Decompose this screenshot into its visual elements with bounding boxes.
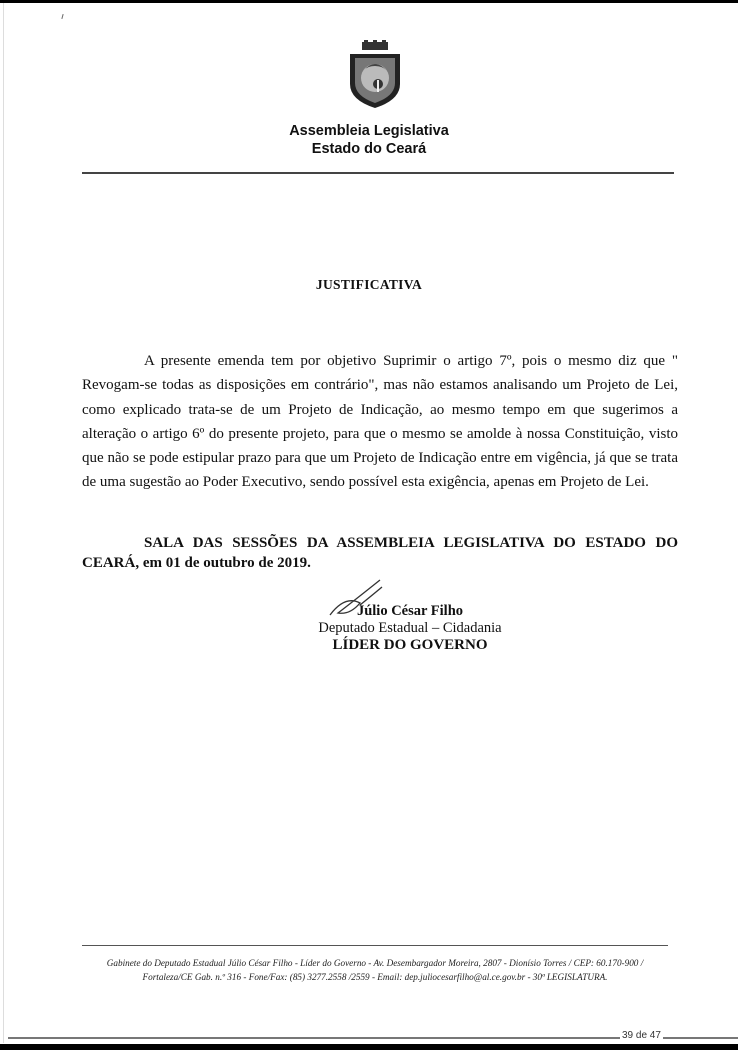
closing-statement: SALA DAS SESSÕES DA ASSEMBLEIA LEGISLATI… xyxy=(82,533,678,573)
footer-address-line1: Gabinete do Deputado Estadual Júlio Césa… xyxy=(60,958,690,968)
state-name: Estado do Ceará xyxy=(0,141,738,157)
footer-address-line2: Fortaleza/CE Gab. n.º 316 - Fone/Fax: (8… xyxy=(60,972,690,982)
document-title: JUSTIFICATIVA xyxy=(0,277,738,293)
scan-top-border xyxy=(0,0,738,3)
scan-bottom-border xyxy=(0,1044,738,1050)
institution-name: Assembleia Legislativa xyxy=(0,123,738,139)
scan-left-edge xyxy=(3,3,4,1043)
signer-name: Júlio César Filho xyxy=(220,603,600,620)
header-divider xyxy=(82,172,674,174)
ceara-coat-of-arms-icon xyxy=(344,40,406,110)
signer-role: Deputado Estadual – Cidadania xyxy=(220,620,600,637)
justification-paragraph: A presente emenda tem por objetivo Supri… xyxy=(82,349,678,495)
footer-divider xyxy=(82,945,668,946)
scan-mark xyxy=(61,14,63,19)
page-indicator: 39 de 47 xyxy=(620,1030,663,1041)
signer-title: LÍDER DO GOVERNO xyxy=(220,637,600,654)
